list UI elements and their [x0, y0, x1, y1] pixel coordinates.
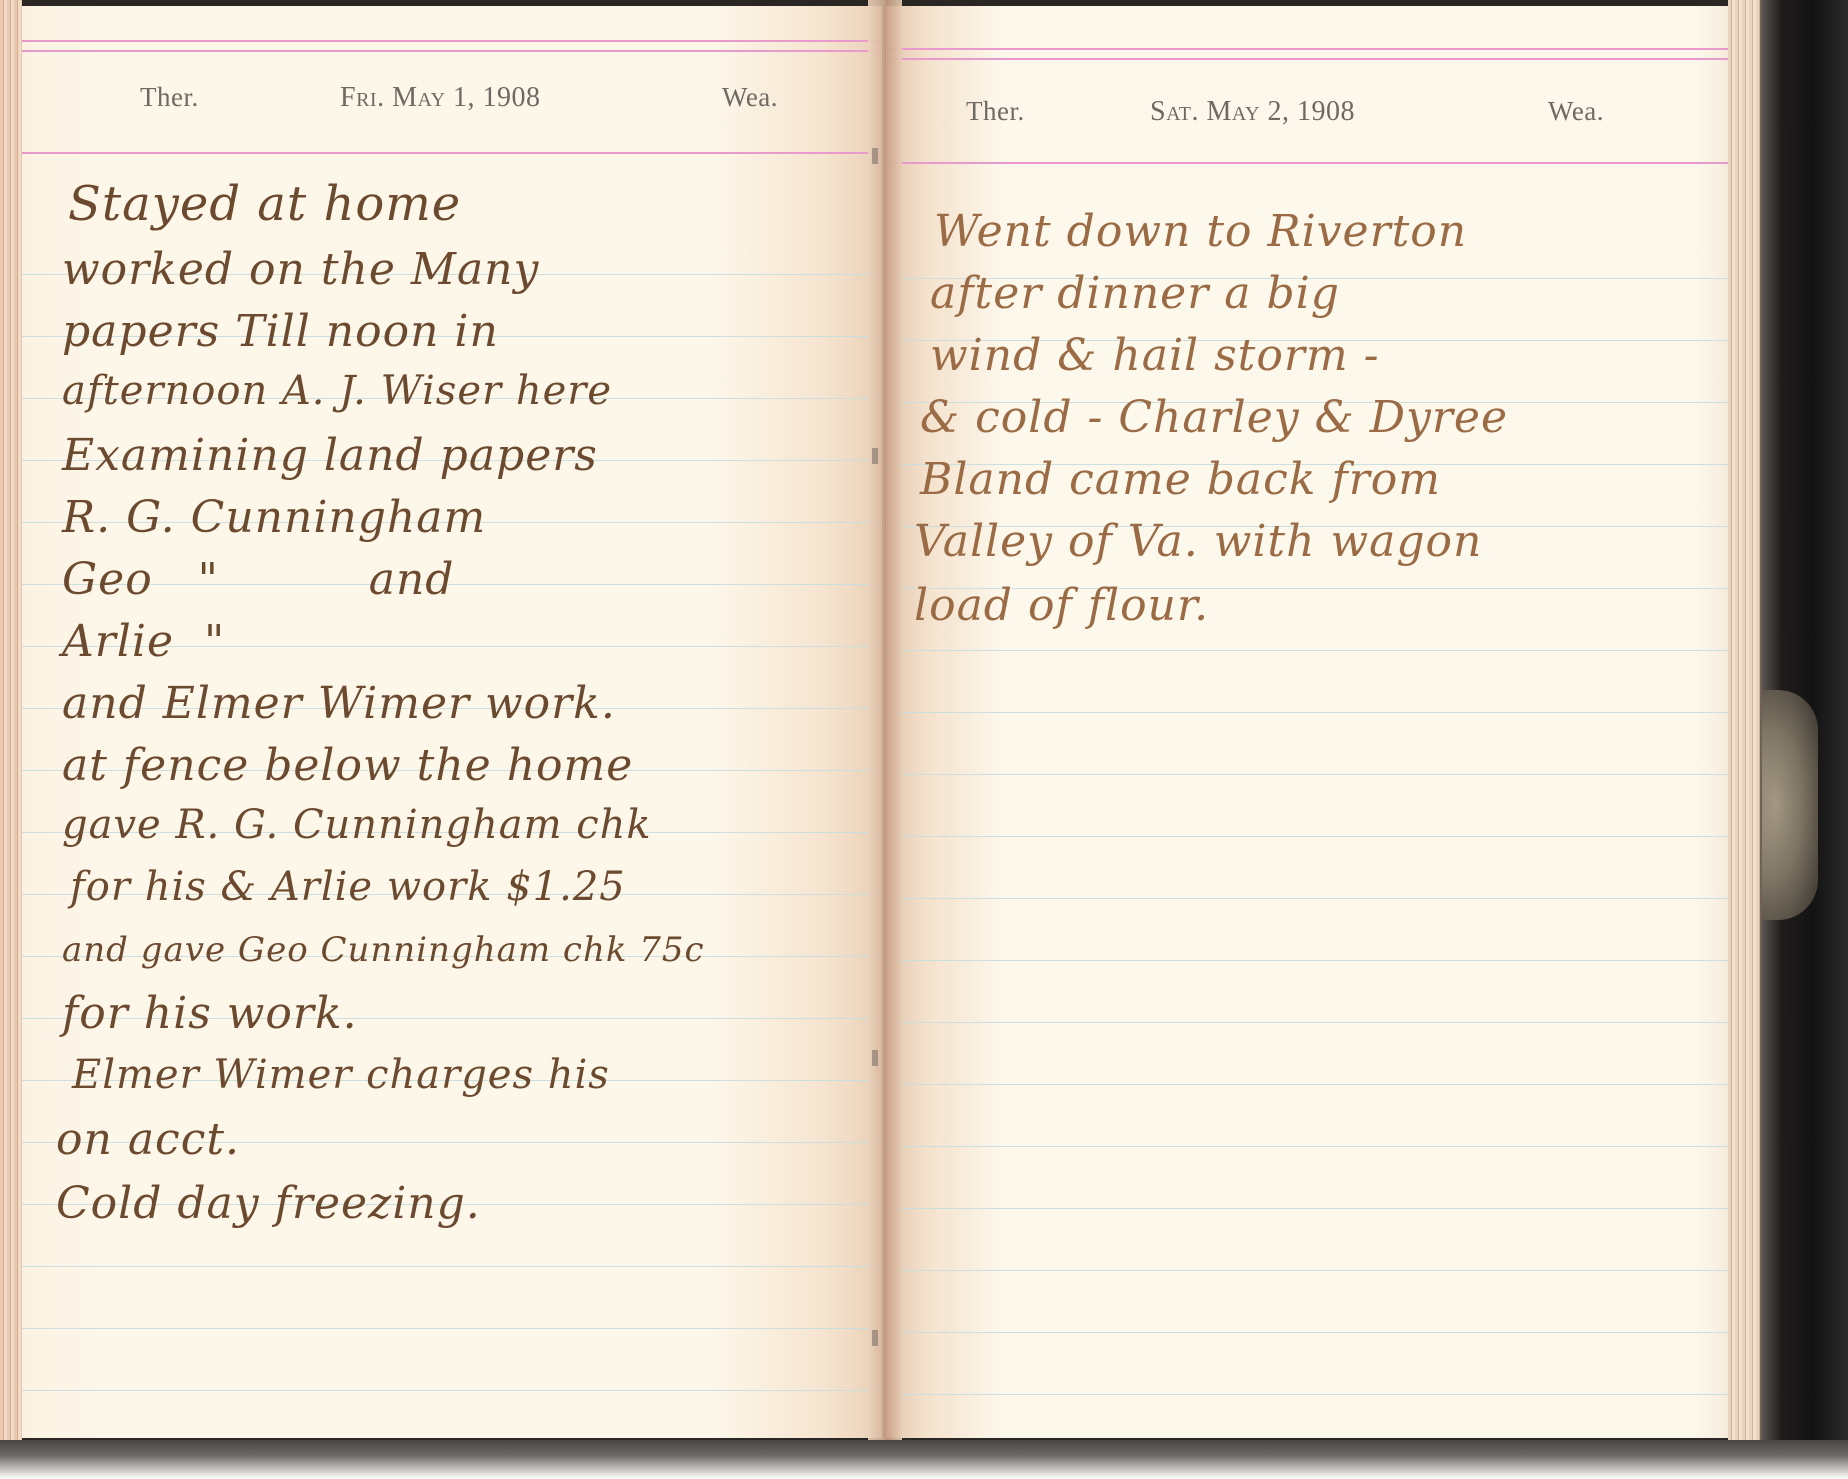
header-rule-top-2 [886, 58, 1728, 60]
entry-line: after dinner a big [930, 268, 1340, 319]
entry-line: at fence below the home [62, 740, 633, 791]
left-page: Ther. Fri. May 1, 1908 Wea. Stayed at ho… [22, 6, 882, 1438]
stitch-mark [872, 1050, 878, 1066]
entry-line: wind & hail storm - [930, 330, 1379, 381]
entry-line: and Elmer Wimer work. [62, 678, 616, 729]
entry-line: papers Till noon in [62, 306, 499, 357]
entry-line: Bland came back from [920, 454, 1441, 505]
book-gutter [868, 0, 902, 1440]
entry-line: Valley of Va. with wagon [914, 516, 1482, 567]
stitch-mark [872, 1330, 878, 1346]
stitch-mark [872, 148, 878, 164]
entry-line: Cold day freezing. [56, 1178, 481, 1229]
entry-line: and gave Geo Cunningham chk 75c [62, 930, 705, 970]
entry-line: on acct. [56, 1114, 240, 1165]
entry-line: gave R. G. Cunningham chk [62, 802, 652, 848]
entry-line: Went down to Riverton [934, 206, 1467, 257]
entry-line: Arlie " [62, 616, 225, 667]
entry-line: R. G. Cunningham [62, 492, 486, 543]
entry-line: for his & Arlie work $1.25 [70, 864, 626, 910]
wea-label: Wea. [722, 82, 778, 113]
header-rule-top [886, 48, 1728, 50]
entry-line: Stayed at home [68, 176, 461, 232]
header-rule-top-2 [22, 50, 882, 52]
right-page-header: Ther. Sat. May 2, 1908 Wea. [886, 96, 1728, 156]
page-edges-left [0, 0, 22, 1445]
ther-label: Ther. [966, 96, 1025, 127]
entry-line: Geo " and [62, 554, 454, 605]
header-rule-bottom [886, 162, 1728, 164]
right-page: Ther. Sat. May 2, 1908 Wea. Went down to… [886, 6, 1728, 1438]
page-edges-right [1728, 0, 1762, 1450]
wea-label: Wea. [1548, 96, 1604, 127]
entry-line: afternoon A. J. Wiser here [62, 368, 612, 414]
ther-label: Ther. [140, 82, 199, 113]
header-rule-top [22, 40, 882, 42]
book-clasp [1758, 690, 1818, 920]
diary-photo: Ther. Fri. May 1, 1908 Wea. Stayed at ho… [0, 0, 1848, 1479]
entry-line: & cold - Charley & Dyree [920, 392, 1508, 443]
stitch-mark [872, 448, 878, 464]
entry-line: Examining land papers [62, 430, 598, 481]
page-date: Fri. May 1, 1908 [340, 82, 541, 114]
header-rule-bottom [22, 152, 882, 154]
entry-line: for his work. [62, 988, 358, 1039]
entry-line: Elmer Wimer charges his [72, 1052, 610, 1098]
entry-line: worked on the Many [62, 244, 539, 295]
table-surface [0, 1440, 1848, 1479]
left-page-header: Ther. Fri. May 1, 1908 Wea. [22, 82, 882, 142]
page-date: Sat. May 2, 1908 [1150, 96, 1355, 128]
entry-line: load of flour. [914, 580, 1209, 631]
